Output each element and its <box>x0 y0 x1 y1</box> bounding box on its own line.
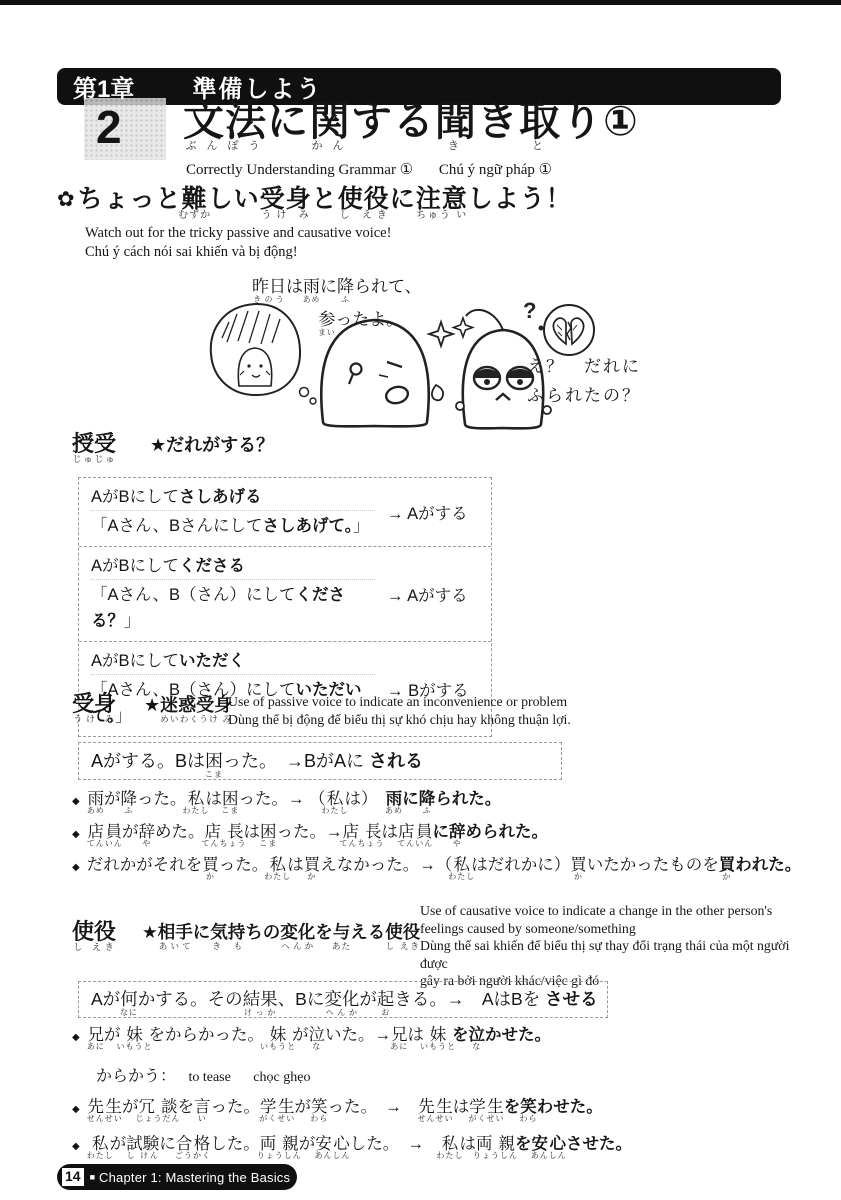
shieki-description-vi1: Dùng thể sai khiến để biểu thị sự thay đ… <box>420 937 820 972</box>
passive-examples: ◆ 雨あめが降ふった。私わたしは困こまった。→ （私わたしは） 雨あめに降ふられ… <box>72 790 801 889</box>
example-text: 兄あにが妹いもうとをからかった。妹いもうとが泣ないた。→兄あには妹いもうとを泣な… <box>87 1026 551 1050</box>
diamond-bullet-icon: ◆ <box>72 1032 80 1044</box>
result-label: → Aがする <box>387 547 491 641</box>
page-top-rule <box>0 0 841 5</box>
vocabulary-note: からかう： to tease chọc ghẹo <box>96 1063 632 1086</box>
example-item: ◆ 兄あにが妹いもうとをからかった。妹いもうとが泣ないた。→兄あには妹いもうとを… <box>72 1026 632 1050</box>
intro-english: Watch out for the tricky passive and cau… <box>85 225 572 242</box>
example-line: 「Aさん、Bさんにしてさしあげて。」 <box>91 511 387 539</box>
table-row: AがBにしてくださる 「Aさん、B（さん）にしてくださる？」 → Aがする <box>79 547 491 642</box>
question-mark: ? <box>523 298 536 323</box>
page-number: 14 <box>62 1168 84 1185</box>
diamond-bullet-icon: ◆ <box>72 862 80 874</box>
cartoon-question-line1: え？ だれに <box>527 352 641 381</box>
lesson-subtitle: Correctly Understanding Grammar ① Chú ý … <box>186 160 552 179</box>
broken-heart-bubble <box>539 305 595 355</box>
causative-rule-box: Aが何なにかする。その結果けっか、Bに変化へんかが起おきる。→ AはBを させる <box>78 981 608 1018</box>
square-bullet-icon: ■ <box>90 1172 95 1182</box>
lesson-title: 文法ぶんぽうに関かんする聞きき取とり① <box>183 99 639 151</box>
pattern-line: AがBにしてさしあげる <box>91 484 375 511</box>
intro-heading: ✿ ちょっと難むずかしい受身うけ みと使役し えきに注意ちゅう いしよう！ <box>57 184 572 221</box>
juju-section-heading: 授受じゅじゅ ★だれがする？ <box>72 432 274 464</box>
shieki-description-en1: Use of causative voice to indicate a cha… <box>420 902 820 920</box>
speech-text-line1: 昨日きのうは雨あめに降ふられて、 <box>252 278 422 303</box>
shieki-section-heading: 使役し えき ★相手あいてに気持き もちの変化へんかを与あたえる使役し えき <box>72 920 420 952</box>
sparkle-icon <box>454 318 473 337</box>
example-item: ◆ 雨あめが降ふった。私わたしは困こまった。→ （私わたしは） 雨あめに降ふられ… <box>72 790 801 814</box>
diamond-bullet-icon: ◆ <box>72 1104 80 1116</box>
crying-character <box>238 348 271 386</box>
note-gloss-vi: chọc ghẹo <box>253 1070 310 1085</box>
shieki-star-label: ★相手あいてに気持き もちの変化へんかを与あたえる使役し えき <box>142 922 420 951</box>
intro-section: ✿ ちょっと難むずかしい受身うけ みと使役し えきに注意ちゅう いしよう！ Wa… <box>57 184 572 261</box>
flower-icon: ✿ <box>57 187 76 212</box>
causative-examples: ◆ 兄あにが妹いもうとをからかった。妹いもうとが泣ないた。→兄あには妹いもうとを… <box>72 1026 632 1173</box>
example-item: ◆ 私わたしが試験し けんに合格ごうかくした。両親りょうしんが安心あんしんした。… <box>72 1135 632 1160</box>
intro-vietnamese: Chú ý cách nói sai khiến và bị động! <box>85 244 572 261</box>
lesson-subtitle-en: Correctly Understanding Grammar ① <box>186 162 413 178</box>
diamond-bullet-icon: ◆ <box>72 796 80 808</box>
example-text: 雨あめが降ふった。私わたしは困こまった。→ （私わたしは） 雨あめに降ふられた。 <box>87 790 502 814</box>
result-label: → Aがする <box>387 478 491 546</box>
ukemi-section-heading: 受身うけ み ★迷惑受身めいわくうけ み <box>72 692 232 724</box>
passive-rule-box: Aがする。Bは困こまった。 →BがAに される <box>78 742 562 780</box>
sparkle-icon <box>429 322 453 346</box>
speech-text-line2: 参まいったよ。 <box>318 311 403 336</box>
pattern-line: AがBにしていただく <box>91 648 375 675</box>
cartoon-question-line2: ふられたの？ <box>527 381 641 410</box>
footer-chapter-label: Chapter 1: Mastering the Basics <box>99 1170 290 1185</box>
example-item: ◆ 店員てんいんが辞やめた。店長てんちょうは困こまった。→店長てんちょうは店員て… <box>72 823 801 847</box>
example-item: ◆ だれかがそれを買かった。私わたしは買かえなかった。→（私わたしはだれかに）買… <box>72 856 801 880</box>
intro-heading-text: ちょっと難むずかしい受身うけ みと使役し えきに注意ちゅう いしよう！ <box>78 184 572 221</box>
ukemi-heading-word: 受身うけ み <box>72 692 116 724</box>
shieki-description-en2: feelings caused by someone/something <box>420 920 820 938</box>
example-item: ◆ 先生せんせいが冗談じょうだんを言いった。学生がくせいが笑わらった。 → 先生… <box>72 1098 632 1122</box>
lesson-number: 2 <box>96 100 122 154</box>
diamond-bullet-icon: ◆ <box>72 829 80 841</box>
cartoon-question-text: え？ だれに ふられたの？ <box>527 352 641 410</box>
note-word-jp: からかう： <box>96 1068 176 1085</box>
page-footer: 14 ■ Chapter 1: Mastering the Basics <box>57 1164 297 1190</box>
ukemi-description-vi: Dùng thể bị động để biểu thị sự khó chịu… <box>228 711 571 729</box>
ukemi-star-label: ★迷惑受身めいわくうけ み <box>144 694 232 724</box>
table-row: AがBにしてさしあげる 「Aさん、Bさんにしてさしあげて。」 → Aがする <box>79 478 491 547</box>
juju-heading-word: 授受じゅじゅ <box>72 432 116 464</box>
ukemi-description-en: Use of passive voice to indicate an inco… <box>228 693 571 711</box>
shieki-heading-word: 使役し えき <box>72 920 116 952</box>
pattern-line: AがBにしてくださる <box>91 553 375 580</box>
example-text: だれかがそれを買かった。私わたしは買かえなかった。→（私わたしはだれかに）買かい… <box>87 856 802 880</box>
example-text: 店員てんいんが辞やめた。店長てんちょうは困こまった。→店長てんちょうは店員てんい… <box>87 823 548 847</box>
rain-thought-bubble <box>211 304 316 404</box>
example-text: 私わたしが試験し けんに合格ごうかくした。両親りょうしんが安心あんしんした。 →… <box>87 1135 632 1160</box>
sweat-drop-icon <box>432 385 443 400</box>
ukemi-description: Use of passive voice to indicate an inco… <box>228 693 571 728</box>
juju-star-label: ★だれがする？ <box>150 434 274 457</box>
diamond-bullet-icon: ◆ <box>72 1141 80 1153</box>
note-gloss-en: to tease <box>188 1070 230 1085</box>
lesson-subtitle-vi: Chú ý ngữ pháp ① <box>439 162 552 178</box>
shieki-description: Use of causative voice to indicate a cha… <box>420 902 820 990</box>
textbook-page: 第1章 準備しよう 2 文法ぶんぽうに関かんする聞きき取とり① Correctl… <box>0 0 841 1200</box>
example-line: 「Aさん、B（さん）にしてくださる？」 <box>91 580 387 634</box>
example-text: 先生せんせいが冗談じょうだんを言いった。学生がくせいが笑わらった。 → 先生せん… <box>87 1098 603 1122</box>
